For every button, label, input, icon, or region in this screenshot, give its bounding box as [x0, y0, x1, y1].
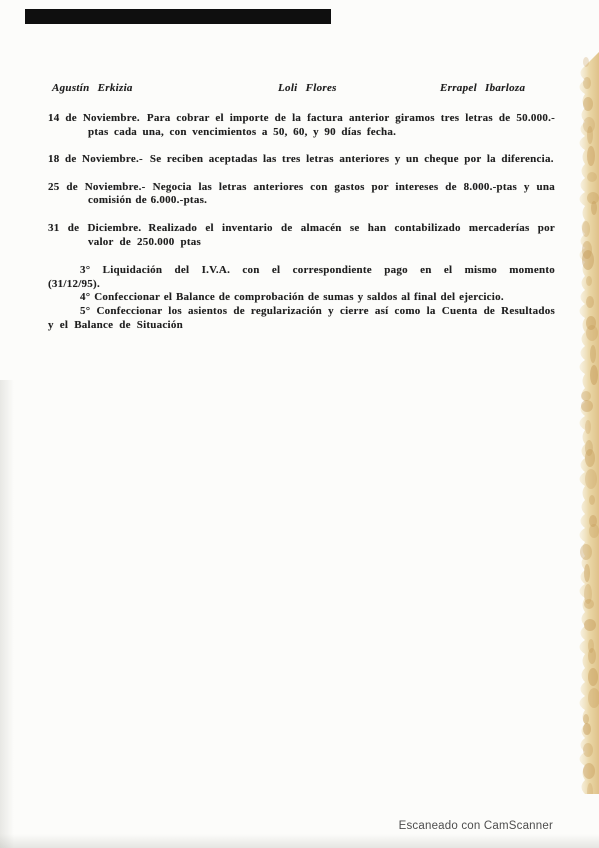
- author-name-center: Loli Flores: [278, 82, 337, 94]
- torn-paper-edge: [571, 52, 599, 794]
- task-item: 4° Confeccionar el Balance de comprobaci…: [48, 291, 555, 305]
- task-list: 3° Liquidación del I.V.A. con el corresp…: [48, 264, 555, 332]
- scan-shadow-left: [0, 380, 14, 848]
- entry-date: 25 de Noviembre.-: [48, 181, 146, 193]
- entry-text: Negocia las letras anteriores con gastos…: [88, 181, 555, 207]
- journal-entry: 14 de Noviembre.Para cobrar el importe d…: [48, 112, 555, 139]
- entry-text: Para cobrar el importe de la factura ant…: [88, 112, 555, 138]
- author-name-right: Errapel Ibarloza: [440, 82, 525, 94]
- document-body: 14 de Noviembre.Para cobrar el importe d…: [48, 112, 555, 332]
- journal-entry: 25 de Noviembre.-Negocia las letras ante…: [48, 181, 555, 208]
- entry-date: 31 de Diciembre.: [48, 222, 141, 234]
- scan-artifact-bar: [25, 9, 331, 24]
- entry-text: Se reciben aceptadas las tres letras ant…: [150, 153, 554, 165]
- task-item: 5° Confeccionar los asientos de regulari…: [48, 305, 555, 332]
- entry-text: Realizado el inventario de almacén se ha…: [88, 222, 555, 248]
- journal-entry: 18 de Noviembre.-Se reciben aceptadas la…: [48, 153, 555, 167]
- task-item: 3° Liquidación del I.V.A. con el corresp…: [48, 264, 555, 291]
- authors-row: Agustín Erkizia Loli Flores Errapel Ibar…: [0, 82, 599, 96]
- author-name-left: Agustín Erkizia: [52, 82, 133, 94]
- entry-date: 14 de Noviembre.: [48, 112, 140, 124]
- camscanner-watermark: Escaneado con CamScanner: [399, 820, 553, 832]
- scanned-document-page: Agustín Erkizia Loli Flores Errapel Ibar…: [0, 0, 599, 848]
- journal-entry: 31 de Diciembre.Realizado el inventario …: [48, 222, 555, 249]
- scan-shadow-bottom: [0, 834, 599, 848]
- entry-date: 18 de Noviembre.-: [48, 153, 143, 165]
